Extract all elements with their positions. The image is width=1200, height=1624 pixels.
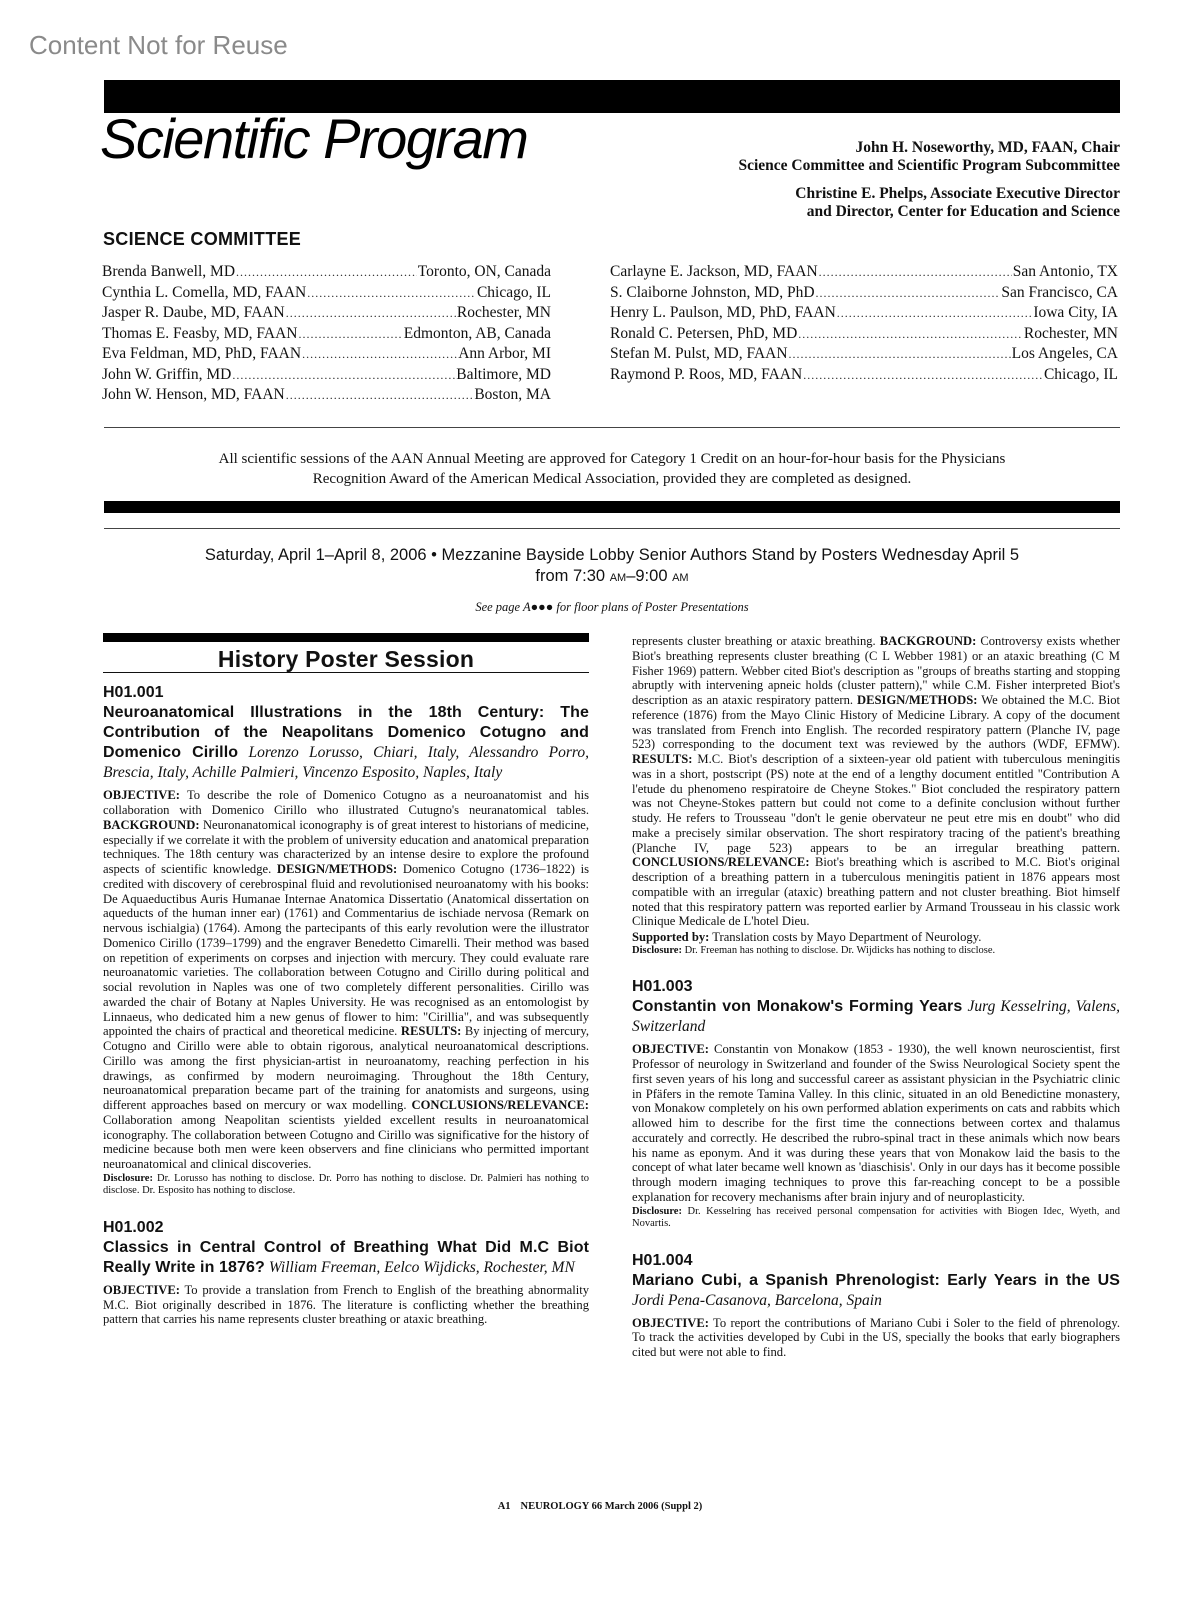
committee-member: Jasper R. Daube, MD, FAANRochester, MN [102,303,551,324]
committee-member: Thomas E. Feasby, MD, FAANEdmonton, AB, … [102,324,551,345]
chair-name: John H. Noseworthy, MD, FAAN, Chair [738,139,1120,157]
leader-dots [298,325,402,345]
abstract-h01-001: H01.001 Neuroanatomical Illustrations in… [103,683,589,1198]
page-number: A1 [498,1501,511,1512]
committee-member: Carlayne E. Jackson, MD, FAANSan Antonio… [610,262,1118,283]
leader-dots [803,366,1043,386]
committee-list-right: Carlayne E. Jackson, MD, FAANSan Antonio… [610,262,1118,385]
abstract-id: H01.003 [632,977,1120,997]
page-footer: A1NEUROLOGY 66 March 2006 (Suppl 2) [0,1501,1200,1512]
leader-dots [789,345,1011,365]
session-title: History Poster Session [103,646,589,672]
committee-member: Henry L. Paulson, MD, PhD, FAANIowa City… [610,303,1118,324]
leader-dots [232,366,455,386]
abstract-body-part1: OBJECTIVE: To provide a translation from… [103,1283,589,1327]
director-role: and Director, Center for Education and S… [738,203,1120,221]
abstract-disclosure: Disclosure: Dr. Freeman has nothing to d… [632,945,1120,958]
committee-member: John W. Henson, MD, FAANBoston, MA [102,385,551,406]
session-bar [103,633,589,642]
abstract-body: OBJECTIVE: To describe the role of Domen… [103,788,589,1172]
page-title: Scientific Program [100,106,527,171]
session-info: Saturday, April 1–April 8, 2006 • Mezzan… [104,545,1120,589]
leader-dots [236,263,417,283]
abstract-id: H01.001 [103,683,589,703]
leader-dots [286,304,456,324]
leader-dots [302,345,457,365]
abstract-h01-004: H01.004 Mariano Cubi, a Spanish Phrenolo… [632,1251,1120,1360]
abstract-title: Constantin von Monakow's Forming Years [632,998,962,1015]
divider [104,528,1120,529]
journal-citation: NEUROLOGY 66 March 2006 (Suppl 2) [521,1501,703,1512]
leader-dots [816,284,1001,304]
committee-list-left: Brenda Banwell, MDToronto, ON, Canada Cy… [102,262,551,406]
continued-objective-tail: represents cluster breathing or ataxic b… [632,634,880,648]
abstract-h01-003: H01.003 Constantin von Monakow's Forming… [632,977,1120,1230]
chair-block: John H. Noseworthy, MD, FAAN, Chair Scie… [738,139,1120,231]
committee-member: Ronald C. Petersen, PhD, MDRochester, MN [610,324,1118,345]
abstract-support: Supported by: Translation costs by Mayo … [632,930,1120,945]
floorplan-note: See page A●●● for floor plans of Poster … [104,600,1120,615]
committee-member: Stefan M. Pulst, MD, FAANLos Angeles, CA [610,344,1118,365]
leader-dots [837,304,1033,324]
committee-heading: SCIENCE COMMITTEE [103,229,301,250]
abstract-authors: William Freeman, Eelco Wijdicks, Rochest… [269,1259,575,1276]
leader-dots [307,284,476,304]
committee-member: John W. Griffin, MDBaltimore, MD [102,365,551,386]
committee-member: S. Claiborne Johnston, MD, PhDSan Franci… [610,283,1118,304]
abstract-h01-002: H01.002 Classics in Central Control of B… [103,1218,589,1327]
leader-dots [798,325,1023,345]
abstract-h01-002-continued: represents cluster breathing or ataxic b… [632,634,1120,957]
committee-member: Cynthia L. Comella, MD, FAANChicago, IL [102,283,551,304]
abstract-id: H01.004 [632,1251,1120,1271]
committee-member: Eva Feldman, MD, PhD, FAANAnn Arbor, MI [102,344,551,365]
abstract-disclosure: Disclosure: Dr. Kesselring has received … [632,1206,1120,1231]
abstract-body-part2: represents cluster breathing or ataxic b… [632,634,1120,929]
abstract-disclosure: Disclosure: Dr. Lorusso has nothing to d… [103,1173,589,1198]
abstract-id: H01.002 [103,1218,589,1238]
leader-dots [286,386,474,406]
divider [104,427,1120,428]
credit-note: All scientific sessions of the AAN Annua… [104,449,1120,489]
abstract-body: OBJECTIVE: Constantin von Monakow (1853 … [632,1042,1120,1204]
leader-dots [819,263,1012,283]
chair-role: Science Committee and Scientific Program… [738,157,1120,175]
committee-member: Raymond P. Roos, MD, FAANChicago, IL [610,365,1118,386]
abstract-authors: Jordi Pena-Casanova, Barcelona, Spain [632,1292,882,1309]
left-column: History Poster Session H01.001 Neuroanat… [103,633,589,1328]
abstract-body: OBJECTIVE: To report the contributions o… [632,1316,1120,1360]
committee-member: Brenda Banwell, MDToronto, ON, Canada [102,262,551,283]
right-column: represents cluster breathing or ataxic b… [632,634,1120,1361]
abstract-title: Mariano Cubi, a Spanish Phrenologist: Ea… [632,1272,1120,1289]
watermark: Content Not for Reuse [29,30,288,61]
divider-thick [104,501,1120,513]
director-name: Christine E. Phelps, Associate Executive… [738,185,1120,203]
